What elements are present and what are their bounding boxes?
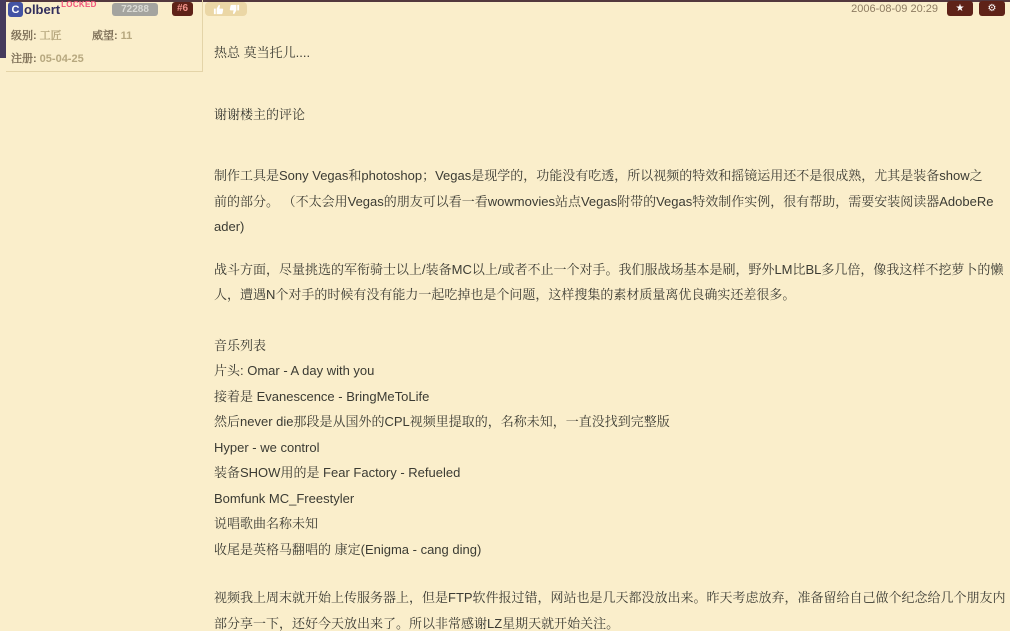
user-info-panel: 级别:工匠 威望:11 注册:05-04-25 <box>6 0 203 72</box>
music-list-item: 然后never die那段是从国外的CPL视频里提取的，名称未知，一直没找到完整… <box>214 409 1006 435</box>
post-paragraph: 热总 莫当托儿.... <box>214 40 1006 66</box>
post-paragraph: 战斗方面，尽量挑选的军衔骑士以上/装备MC以上/或者不止一个对手。我们服战场基本… <box>214 257 1006 308</box>
post-body: 热总 莫当托儿.... 谢谢楼主的评论 制作工具是Sony Vegas和phot… <box>214 0 1006 631</box>
user-registered-label: 注册: <box>11 53 37 65</box>
post-text-line: 谢谢楼主的评论 <box>214 102 1006 128</box>
music-list-item: 接着是 Evanescence - BringMeToLife <box>214 384 1006 410</box>
user-prestige-label: 威望: <box>92 30 118 42</box>
post-text-line: 战斗方面，尽量挑选的军衔骑士以上/装备MC以上/或者不止一个对手。我们服战场基本… <box>214 257 1006 283</box>
user-registered-value: 05-04-25 <box>40 53 84 65</box>
post-paragraph: 制作工具是Sony Vegas和photoshop；Vegas是现学的，功能没有… <box>214 163 1006 240</box>
user-level-field: 级别:工匠 <box>11 27 62 43</box>
post-paragraph: 谢谢楼主的评论 <box>214 102 1006 128</box>
music-list-item: 装备SHOW用的是 Fear Factory - Refueled <box>214 460 1006 486</box>
user-level-value: 工匠 <box>40 30 62 42</box>
user-prestige-field: 威望:11 <box>92 27 132 43</box>
post-text-line: 热总 莫当托儿.... <box>214 40 1006 66</box>
music-list-item: 说唱歌曲名称未知 <box>214 511 1006 537</box>
user-level-label: 级别: <box>11 30 37 42</box>
music-list-item: 片头: Omar - A day with you <box>214 358 1006 384</box>
post-paragraph: 视频我上周末就开始上传服务器上，但是FTP软件报过错，网站也是几天都没放出来。昨… <box>214 585 1006 631</box>
post-text-line: 人，遭遇N个对手的时候有没有能力一起吃掉也是个问题，这样搜集的素材质量离优良确实… <box>214 282 1006 308</box>
music-list-item: Bomfunk MC_Freestyler <box>214 486 1006 512</box>
music-list-item: 收尾是英格马翻唱的 康定(Enigma - cang ding) <box>214 537 1006 563</box>
music-list-item: Hyper - we control <box>214 435 1006 461</box>
post-text-line: 前的部分。 （不太会用Vegas的朋友可以看一看wowmovies站点Vegas… <box>214 189 1006 215</box>
user-registered-field: 注册:05-04-25 <box>11 50 84 66</box>
post-text-line: 制作工具是Sony Vegas和photoshop；Vegas是现学的，功能没有… <box>214 163 1006 189</box>
post-text-line: 视频我上周末就开始上传服务器上，但是FTP软件报过错，网站也是几天都没放出来。昨… <box>214 585 1006 611</box>
post-text-line: ader) <box>214 214 1006 240</box>
user-prestige-value: 11 <box>121 30 133 42</box>
music-list: 音乐列表 片头: Omar - A day with you 接着是 Evane… <box>214 333 1006 563</box>
post-text-line: 部分享一下，还好今天放出来了。所以非常感谢LZ星期天就开始关注。 <box>214 611 1006 631</box>
music-list-title: 音乐列表 <box>214 333 1006 359</box>
